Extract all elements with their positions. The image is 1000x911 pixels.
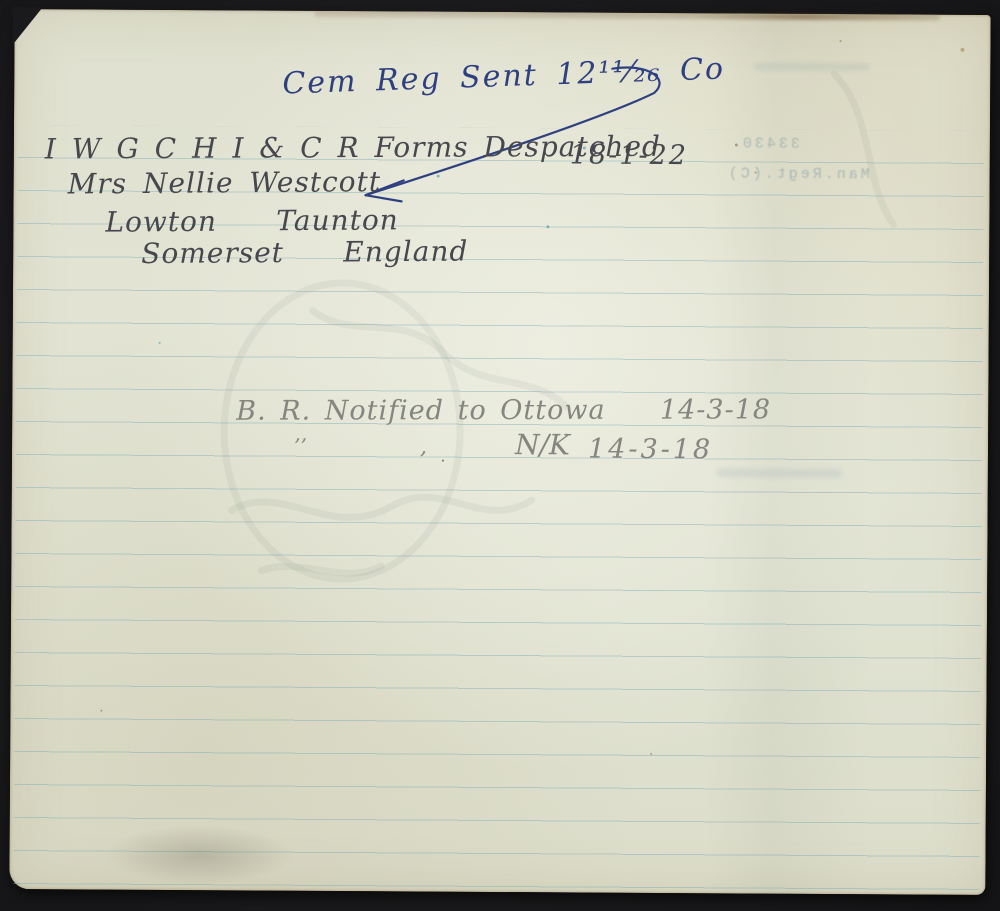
note-nk-date: 14-3-18 [588, 435, 713, 465]
note-recipient-name: Mrs Nellie Westcott [68, 167, 382, 200]
ink-speck [437, 175, 440, 178]
bleedthrough-streak [754, 63, 869, 72]
dust-speck [840, 40, 842, 42]
ink-speck [583, 147, 586, 150]
bleedthrough-streak [717, 468, 842, 478]
note-address-line-1: Lowton Taunton [105, 205, 399, 238]
dust-speck [650, 753, 652, 755]
dust-speck [654, 161, 656, 163]
dust-speck [442, 460, 444, 462]
note-br-notified: B. R. Notified to Ottowa 14-3-18 [236, 395, 771, 426]
bleedthrough-regiment: Man.Regt.(C) [726, 165, 870, 183]
dust-speck [314, 91, 316, 93]
note-forms-date: 18-1-22 [570, 140, 688, 170]
ditto-mark: ’’ [294, 435, 307, 457]
note-nk: N/K [515, 430, 570, 461]
ditto-mark: , [420, 436, 427, 460]
bleedthrough-number: 33430 [740, 135, 800, 152]
dust-speck [960, 48, 964, 52]
dust-speck [100, 710, 102, 712]
dust-speck [735, 143, 738, 146]
note-address-line-2: Somerset England [141, 237, 468, 270]
ink-speck [159, 342, 161, 344]
note-forms-despatched: I W G C H I & C R Forms Despatched [45, 132, 661, 165]
ink-speck [546, 225, 549, 228]
dust-speck [755, 172, 757, 174]
scanned-page: Cem Reg Sent 12¹¹⁄₂₆ Co I W G C H I & C … [9, 9, 990, 895]
